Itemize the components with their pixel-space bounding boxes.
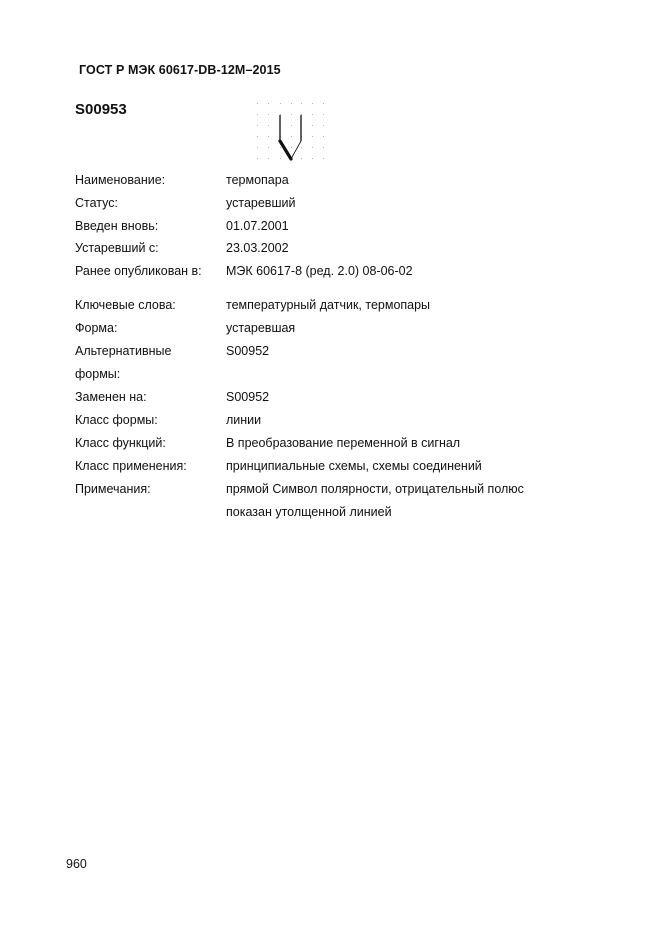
field-label: Альтернативные — [75, 344, 171, 358]
field-value: термопара — [226, 173, 289, 187]
field-label: формы: — [75, 367, 120, 381]
field-value: 23.03.2002 — [226, 241, 289, 255]
page-number: 960 — [66, 857, 87, 871]
field-label: Класс применения: — [75, 459, 187, 473]
field-label: Ранее опубликован в: — [75, 264, 202, 278]
field-label: Статус: — [75, 196, 118, 210]
field-value: В преобразование переменной в сигнал — [226, 436, 460, 450]
standard-header: ГОСТ Р МЭК 60617-DB-12M–2015 — [79, 63, 281, 77]
field-value: принципиальные схемы, схемы соединений — [226, 459, 482, 473]
field-value: устаревший — [226, 196, 295, 210]
field-value: температурный датчик, термопары — [226, 298, 430, 312]
field-value: линии — [226, 413, 261, 427]
field-value: S00952 — [226, 390, 269, 404]
field-label: Введен вновь: — [75, 219, 158, 233]
field-value: МЭК 60617-8 (ред. 2.0) 08-06-02 — [226, 264, 413, 278]
field-label: Примечания: — [75, 482, 151, 496]
field-label: Наименование: — [75, 173, 165, 187]
field-label: Ключевые слова: — [75, 298, 176, 312]
symbol-code: S00953 — [75, 101, 127, 118]
field-value: устаревшая — [226, 321, 295, 335]
field-label: Устаревший с: — [75, 241, 159, 255]
field-value: S00952 — [226, 344, 269, 358]
field-label: Класс формы: — [75, 413, 158, 427]
field-label: Заменен на: — [75, 390, 147, 404]
field-label: Форма: — [75, 321, 117, 335]
field-value: 01.07.2001 — [226, 219, 289, 233]
field-value: прямой Символ полярности, отрицательный … — [226, 482, 524, 496]
field-value: показан утолщенной линией — [226, 505, 392, 519]
field-label: Класс функций: — [75, 436, 166, 450]
thermocouple-symbol-icon — [252, 98, 332, 164]
